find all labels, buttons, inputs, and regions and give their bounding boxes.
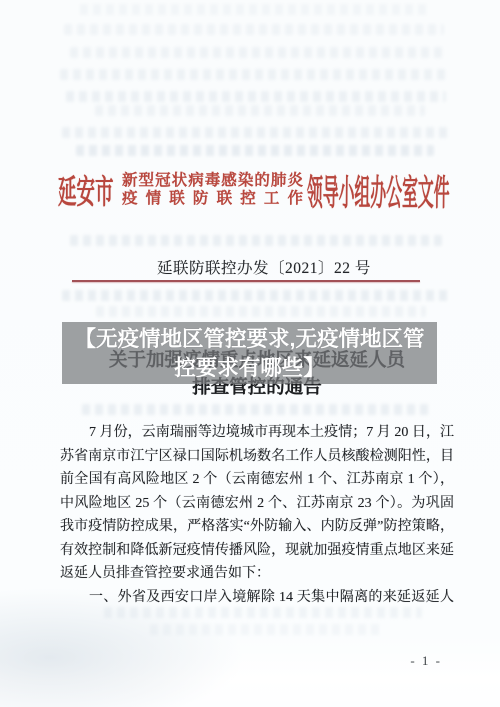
header-org-middle-top: 新型冠状病毒感染的肺炎: [122, 172, 303, 190]
document-body: 7 月份，云南瑞丽等边境城市再现本土疫情；7 月 20 日，江 苏省南京市江宁区…: [60, 421, 454, 609]
header-org-middle-bottom: 疫情联防联控工作: [122, 190, 303, 208]
body-line: 7 月份，云南瑞丽等边境城市再现本土疫情；7 月 20 日，江: [60, 421, 454, 445]
header-org-middle: 新型冠状病毒感染的肺炎 疫情联防联控工作: [122, 172, 303, 208]
body-line: 我市疫情防控成果，严格落实“外防输入、内防反弹”防控策略，: [60, 515, 454, 539]
body-line: 一、外省及西安口岸入境解除 14 天集中隔离的来延返延人: [60, 586, 454, 610]
red-divider-line: [72, 280, 420, 282]
caption-overlay-line1: 【无疫情地区管控要求,无疫情地区管: [62, 325, 437, 354]
document-number: 延联防联控办发〔2021〕22 号: [14, 256, 500, 278]
body-line: 前全国有高风险地区 2 个（云南德宏州 1 个、江苏南京 1 个），: [60, 468, 454, 492]
caption-overlay-line2: 控要求有哪些】: [62, 354, 437, 383]
page-number: - 1 -: [0, 653, 442, 669]
caption-overlay: 【无疫情地区管控要求,无疫情地区管 控要求有哪些】: [62, 322, 437, 384]
body-line: 中风险地区 25 个（云南德宏州 2 个、江苏南京 23 个）。为巩固: [60, 492, 454, 516]
body-line: 有效控制和降低新冠疫情传播风险，现就加强疫情重点地区来延: [60, 539, 454, 563]
scanned-document-page: 延安市 新型冠状病毒感染的肺炎 疫情联防联控工作 领导小组办公室文件 延联防联控…: [0, 0, 500, 707]
body-line: 苏省南京市江宁区禄口国际机场数名工作人员核酸检测阳性，目: [60, 445, 454, 469]
header-org-prefix: 延安市: [58, 176, 113, 210]
body-line: 返延人员排查管控要求通告如下：: [60, 562, 454, 586]
header-org-suffix: 领导小组办公室文件: [307, 174, 450, 212]
